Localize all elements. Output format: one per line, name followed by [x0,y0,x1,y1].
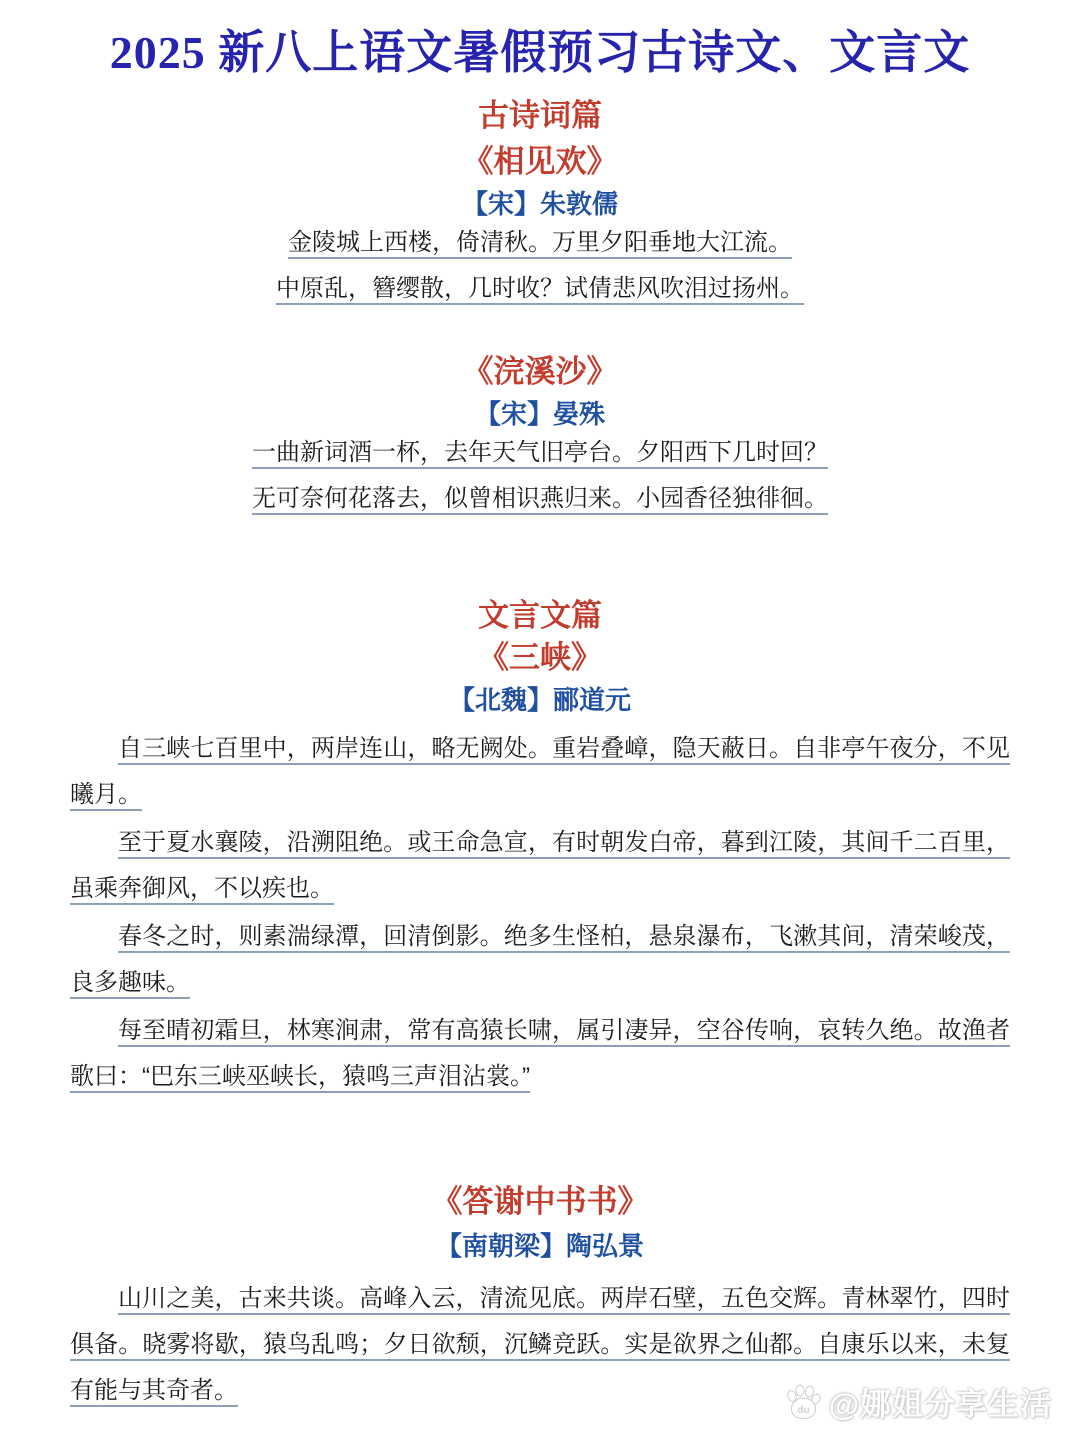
poem-author-zhudunru: 【宋】朱敦儒 [0,188,1080,220]
prose-paragraph: 自三峡七百里中，两岸连山，略无阙处。重岩叠嶂，隐天蔽日。自非亭午夜分，不见曦月。 [0,726,1080,818]
poem-line: 一曲新词酒一杯，去年天气旧亭台。夕阳西下几时回？ [0,430,1080,476]
section-heading-poetry: 古诗词篇 [0,98,1080,134]
section-heading-prose: 文言文篇 [0,598,1080,634]
watermark: du @娜姐分享生活 [783,1379,1052,1424]
page-title: 2025 新八上语文暑假预习古诗文、文言文 [0,24,1080,82]
poem-title-xiangjianhuan: 《相见欢》 [0,144,1080,180]
prose-author-taohongjing: 【南朝梁】陶弘景 [0,1230,1080,1262]
poem-line: 无可奈何花落去，似曾相识燕归来。小园香径独徘徊。 [0,476,1080,522]
baidu-paw-icon-text: du [797,1405,809,1416]
prose-paragraph: 每至晴初霜旦，林寒涧肃，常有高猿长啸，属引凄异，空谷传响，哀转久绝。故渔者歌曰：… [0,1008,1080,1100]
watermark-handle: @娜姐分享生活 [829,1379,1052,1424]
poem-line: 金陵城上西楼，倚清秋。万里夕阳垂地大江流。 [0,220,1080,266]
prose-title-daxiezhongshushu: 《答谢中书书》 [0,1184,1080,1220]
prose-author-lidaoyuan: 【北魏】郦道元 [0,684,1080,716]
prose-paragraph: 春冬之时，则素湍绿潭，回清倒影。绝多生怪柏，悬泉瀑布，飞漱其间，清荣峻茂，良多趣… [0,914,1080,1006]
worksheet-page: 2025 新八上语文暑假预习古诗文、文言文 古诗词篇 《相见欢》 【宋】朱敦儒 … [0,0,1080,1440]
poem-line: 中原乱，簪缨散，几时收？试倩悲风吹泪过扬州。 [0,266,1080,312]
prose-paragraph: 至于夏水襄陵，沿溯阻绝。或王命急宣，有时朝发白帝，暮到江陵，其间千二百里，虽乘奔… [0,820,1080,912]
baidu-paw-icon: du [783,1382,823,1422]
poem-title-huanxisha: 《浣溪沙》 [0,354,1080,390]
poem-author-yanshu: 【宋】晏殊 [0,398,1080,430]
prose-title-sanxia: 《三峡》 [0,640,1080,676]
